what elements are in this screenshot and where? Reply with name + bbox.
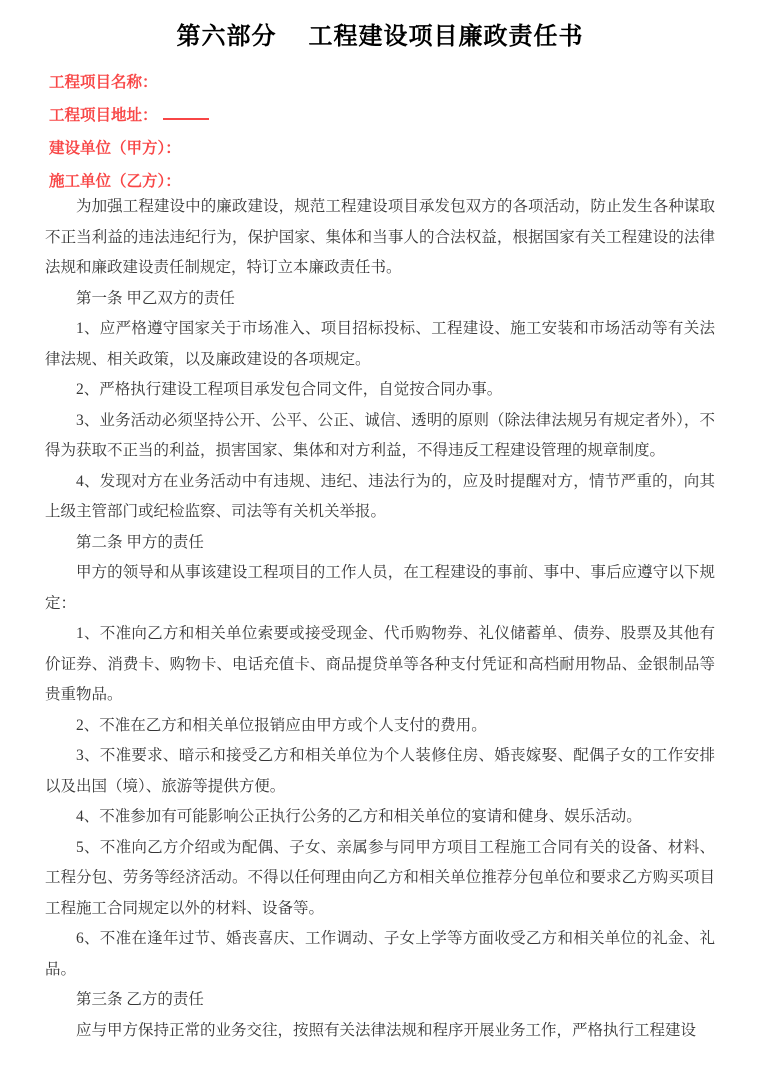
- field-label: 建设单位（甲方）：: [49, 140, 181, 157]
- clause-1-heading: 第一条 甲乙双方的责任: [45, 284, 715, 315]
- clause-2-item-4: 4、不准参加有可能影响公正执行公务的乙方和相关单位的宴请和健身、娱乐活动。: [45, 802, 715, 833]
- field-project-name: 工程项目名称：: [49, 66, 760, 99]
- preamble-paragraph: 为加强工程建设中的廉政建设，规范工程建设项目承发包双方的各项活动，防止发生各种谋…: [45, 192, 715, 284]
- clause-2-item-6: 6、不准在逢年过节、婚丧喜庆、工作调动、子女上学等方面收受乙方和相关单位的礼金、…: [45, 924, 715, 985]
- clause-1-item-4: 4、发现对方在业务活动中有违规、违纪、违法行为的，应及时提醒对方，情节严重的，向…: [45, 467, 715, 528]
- clause-2-item-3: 3、不准要求、暗示和接受乙方和相关单位为个人装修住房、婚丧嫁娶、配偶子女的工作安…: [45, 741, 715, 802]
- document-title: 第六部分 工程建设项目廉政责任书: [0, 0, 760, 52]
- clause-2-item-5: 5、不准向乙方介绍或为配偶、子女、亲属参与同甲方项目工程施工合同有关的设备、材料…: [45, 833, 715, 925]
- page-container: 第六部分 工程建设项目廉政责任书 工程项目名称： 工程项目地址： 建设单位（甲方…: [0, 0, 760, 1083]
- clause-3-heading: 第三条 乙方的责任: [45, 985, 715, 1016]
- field-label: 工程项目名称：: [49, 74, 158, 91]
- clause-2-item-2: 2、不准在乙方和相关单位报销应由甲方或个人支付的费用。: [45, 711, 715, 742]
- clause-1-item-1: 1、应严格遵守国家关于市场准入、项目招标投标、工程建设、施工安装和市场活动等有关…: [45, 314, 715, 375]
- blank-underline: [163, 106, 209, 120]
- clause-2-heading: 第二条 甲方的责任: [45, 528, 715, 559]
- field-project-address: 工程项目地址：: [49, 99, 760, 132]
- field-label: 施工单位（乙方）：: [49, 173, 181, 190]
- clause-2-item-1: 1、不准向乙方和相关单位索要或接受现金、代币购物券、礼仪储蓄单、债券、股票及其他…: [45, 619, 715, 711]
- clause-2-intro: 甲方的领导和从事该建设工程项目的工作人员，在工程建设的事前、事中、事后应遵守以下…: [45, 558, 715, 619]
- field-label: 工程项目地址：: [49, 107, 158, 124]
- clause-1-item-2: 2、严格执行建设工程项目承发包合同文件，自觉按合同办事。: [45, 375, 715, 406]
- clause-3-intro: 应与甲方保持正常的业务交往，按照有关法律法规和程序开展业务工作，严格执行工程建设: [45, 1016, 715, 1047]
- project-fields: 工程项目名称： 工程项目地址： 建设单位（甲方）： 施工单位（乙方）：: [49, 66, 760, 198]
- clause-1-item-3: 3、业务活动必须坚持公开、公平、公正、诚信、透明的原则（除法律法规另有规定者外）…: [45, 406, 715, 467]
- field-owner-party-a: 建设单位（甲方）：: [49, 132, 760, 165]
- document-body: 为加强工程建设中的廉政建设，规范工程建设项目承发包双方的各项活动，防止发生各种谋…: [45, 192, 715, 1046]
